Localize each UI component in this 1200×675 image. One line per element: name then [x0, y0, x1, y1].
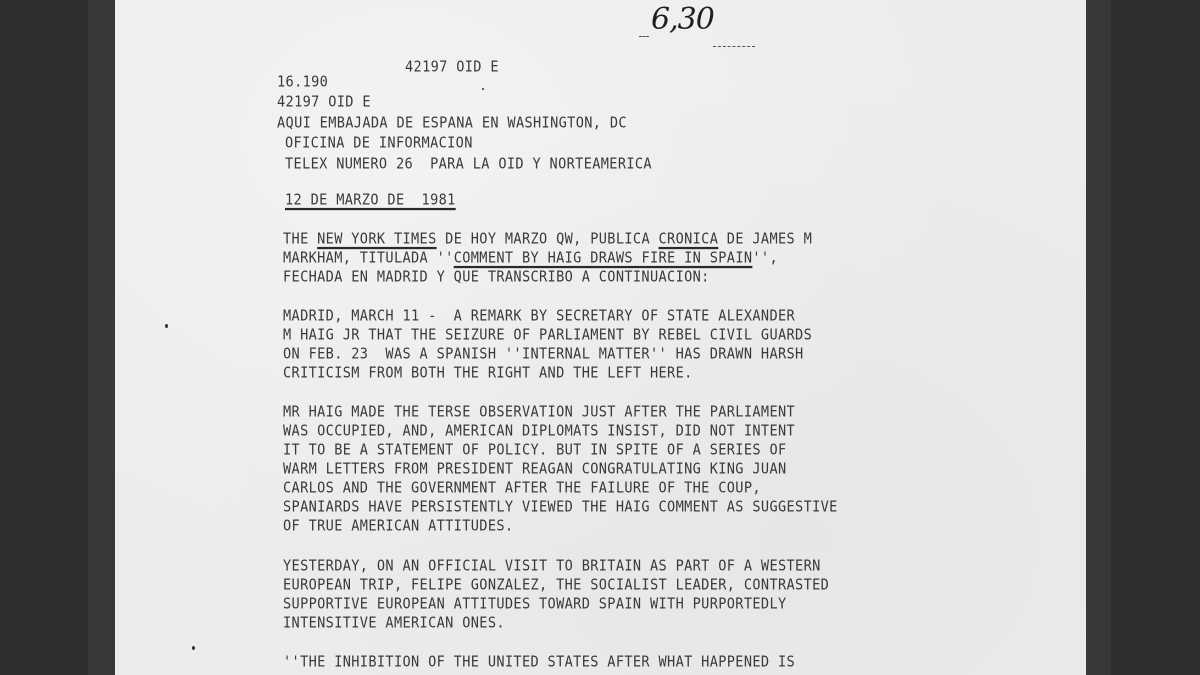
intro-text: MARKHAM, TITULADA '' — [283, 249, 454, 267]
document-viewer: 6,30 42197 OID E 16.190 42197 OID E AQUI… — [0, 0, 1200, 675]
paragraph-line: YESTERDAY, ON AN OFFICIAL VISIT TO BRITA… — [283, 556, 821, 576]
paragraph-line: CARLOS AND THE GOVERNMENT AFTER THE FAIL… — [283, 478, 761, 498]
handwritten-dash-line — [713, 46, 755, 47]
paragraph-line: WAS OCCUPIED, AND, AMERICAN DIPLOMATS IN… — [283, 421, 795, 441]
paragraph-line: ON FEB. 23 WAS A SPANISH ''INTERNAL MATT… — [283, 344, 804, 364]
article-title: COMMENT BY HAIG DRAWS FIRE IN SPAIN — [454, 249, 753, 267]
paragraph-line: EUROPEAN TRIP, FELIPE GONZALEZ, THE SOCI… — [283, 575, 829, 595]
scan-speck — [165, 324, 168, 328]
paragraph-line: SUPPORTIVE EUROPEAN ATTITUDES TOWARD SPA… — [283, 594, 787, 614]
intro-line-2: MARKHAM, TITULADA ''COMMENT BY HAIG DRAW… — [283, 248, 778, 268]
intro-line-3: FECHADA EN MADRID Y QUE TRANSCRIBO A CON… — [283, 267, 710, 287]
paragraph-line: CRITICISM FROM BOTH THE RIGHT AND THE LE… — [283, 363, 693, 383]
telex-page: 6,30 42197 OID E 16.190 42197 OID E AQUI… — [115, 0, 1086, 675]
paragraph-line: M HAIG JR THAT THE SEIZURE OF PARLIAMENT… — [283, 325, 812, 345]
paragraph-line: MADRID, MARCH 11 - A REMARK BY SECRETARY… — [283, 306, 795, 326]
office-line: OFICINA DE INFORMACION — [285, 133, 473, 153]
intro-text: '', — [752, 249, 778, 267]
left-margin-scan-edge — [88, 0, 115, 675]
paragraph-line: IT TO BE A STATEMENT OF POLICY. BUT IN S… — [283, 440, 787, 460]
routing-code: 42197 OID E — [277, 92, 371, 112]
intro-line-1: THE NEW YORK TIMES DE HOY MARZO QW, PUBL… — [283, 229, 812, 249]
sender-line: AQUI EMBAJADA DE ESPANA EN WASHINGTON, D… — [277, 113, 627, 133]
date-line: 12 DE MARZO DE 1981 — [285, 190, 456, 210]
intro-text: DE HOY MARZO QW, PUBLICA — [437, 230, 659, 248]
telex-line: TELEX NUMERO 26 PARA LA OID Y NORTEAMERI… — [285, 154, 652, 174]
paragraph-line: OF TRUE AMERICAN ATTITUDES. — [283, 516, 513, 536]
paragraph-line: ''THE INHIBITION OF THE UNITED STATES AF… — [283, 652, 795, 672]
routing-code-top: 42197 OID E — [405, 57, 499, 77]
paragraph-line: SPANIARDS HAVE PERSISTENTLY VIEWED THE H… — [283, 497, 838, 517]
paragraph-line: INTENSITIVE AMERICAN ONES. — [283, 613, 505, 633]
right-margin-scan-edge — [1086, 0, 1111, 675]
handwritten-dash-short — [639, 36, 649, 37]
handwritten-note: 6,30 — [651, 2, 714, 37]
newspaper-name: NEW YORK TIMES — [317, 230, 436, 248]
intro-text: THE — [283, 230, 317, 248]
scan-speck — [482, 88, 484, 90]
paragraph-line: WARM LETTERS FROM PRESIDENT REAGAN CONGR… — [283, 459, 787, 479]
transmission-number: 16.190 — [277, 72, 328, 92]
cronica-word: CRONICA — [659, 230, 719, 248]
intro-text: DE JAMES M — [718, 230, 812, 248]
paragraph-line: MR HAIG MADE THE TERSE OBSERVATION JUST … — [283, 402, 795, 422]
scan-speck — [192, 646, 195, 650]
